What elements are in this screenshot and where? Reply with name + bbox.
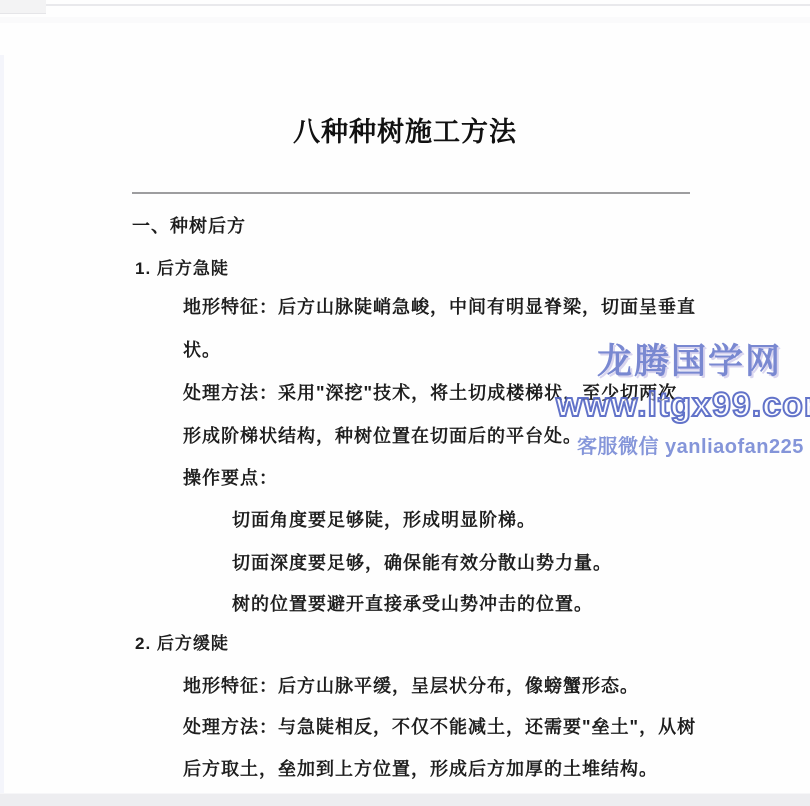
points-label: 操作要点：: [183, 464, 278, 490]
subsection-heading: 1. 后方急陡: [135, 254, 229, 279]
scan-artifact-top-line: [0, 4, 810, 6]
document-page: 八种种树施工方法 一、种树后方 1. 后方急陡 地形特征：后方山脉陡峭急峻，中间…: [0, 0, 810, 806]
scan-artifact-bottom-band: [0, 793, 810, 806]
watermark-contact: 客服微信 yanliaofan225: [577, 430, 804, 459]
subsection-heading: 2. 后方缓陡: [135, 629, 229, 654]
watermark-site-name: 龙腾国学网: [597, 334, 782, 384]
body-line-method-2: 形成阶梯状结构，种树位置在切面后的平台处。: [183, 422, 582, 448]
point-line: 切面深度要足够，确保能有效分散山势力量。: [232, 549, 612, 575]
point-line: 切面角度要足够陡，形成明显阶梯。: [232, 506, 536, 532]
section-heading: 一、种树后方: [132, 212, 246, 238]
point-line: 树的位置要避开直接承受山势冲击的位置。: [232, 590, 593, 616]
page-title: 八种种树施工方法: [0, 110, 810, 149]
body-line-terrain-1: 地形特征：后方山脉陡峭急峻，中间有明显脊梁，切面呈垂直: [183, 293, 696, 319]
scan-artifact-top-band: [0, 17, 810, 23]
body-line-method-1: 处理方法：与急陡相反，不仅不能减土，还需要"垒土"，从树: [183, 713, 696, 739]
scan-artifact-left-strip: [0, 55, 4, 806]
body-line-method-2: 后方取土，垒加到上方位置，形成后方加厚的土堆结构。: [183, 755, 658, 781]
body-line-method-1: 处理方法：采用"深挖"技术，将土切成楼梯状，至少切两次: [183, 379, 677, 405]
body-line-terrain-1: 地形特征：后方山脉平缓，呈层状分布，像螃蟹形态。: [183, 672, 639, 698]
title-divider: [132, 192, 690, 194]
body-line-terrain-2: 状。: [183, 336, 221, 362]
scan-artifact-corner-block: [0, 0, 46, 14]
